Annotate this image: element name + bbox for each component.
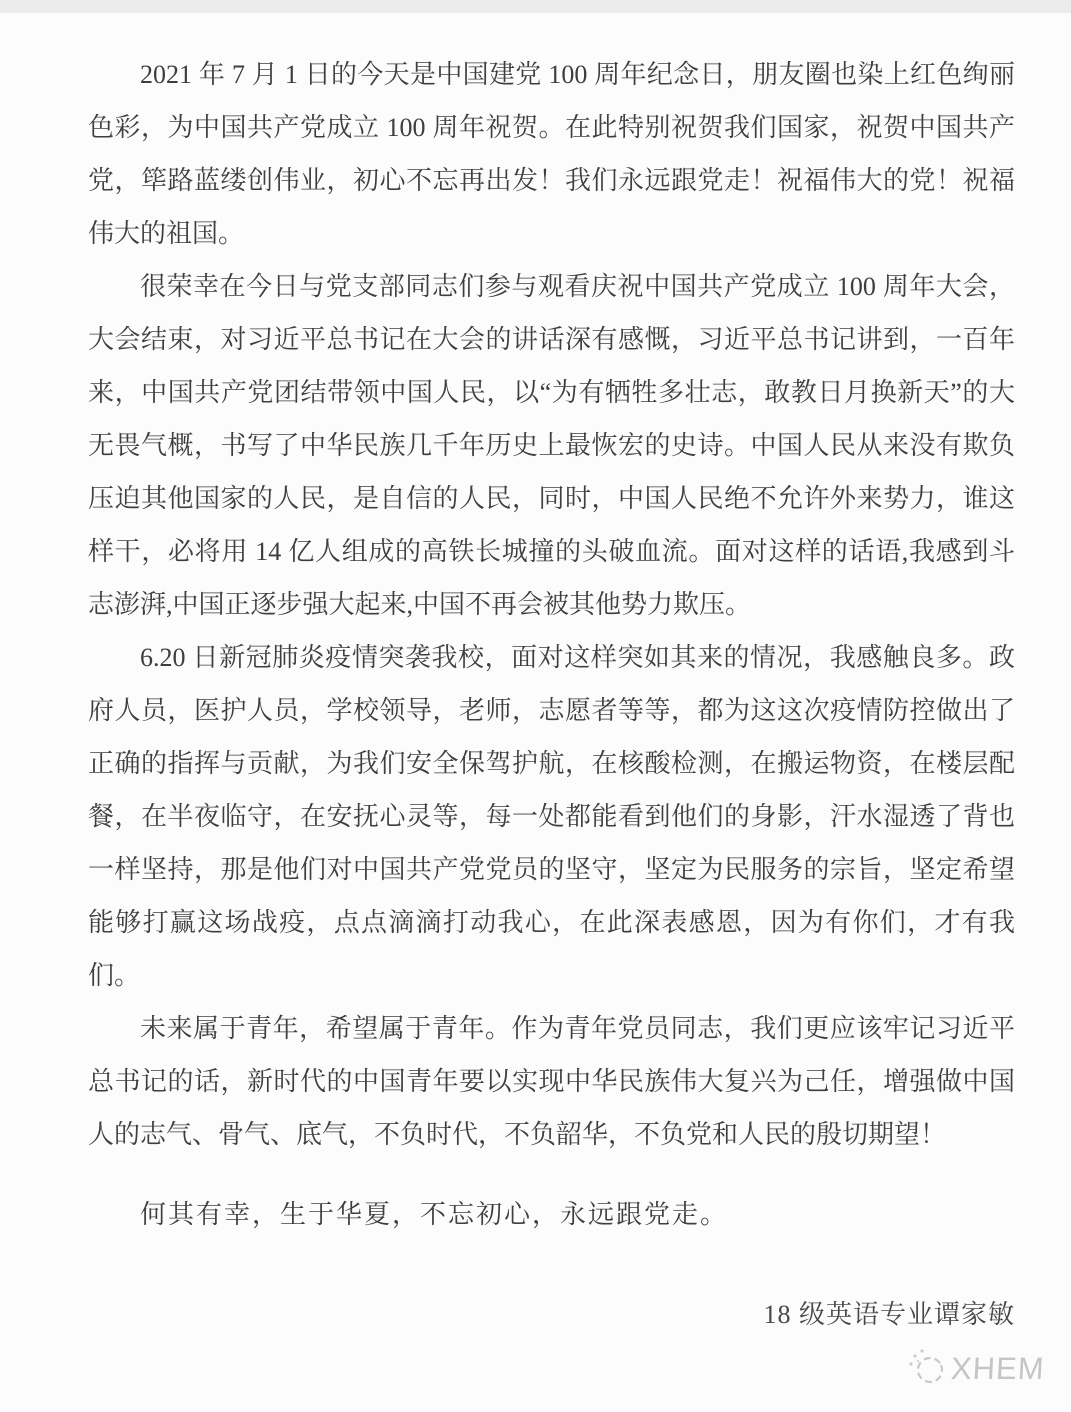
paragraph-pandemic: 6.20 日新冠肺炎疫情突袭我校，面对这样突如其来的情况，我感触良多。政府人员，…	[88, 631, 1015, 1002]
watermark-text: XHEM	[950, 1351, 1045, 1387]
page-top-strip	[0, 0, 1071, 13]
paragraph-ceremony-speech: 很荣幸在今日与党支部同志们参与观看庆祝中国共产党成立 100 周年大会，大会结束…	[88, 260, 1015, 631]
document-page: 2021 年 7 月 1 日的今天是中国建党 100 周年纪念日，朋友圈也染上红…	[0, 0, 1071, 1412]
signature-line: 18 级英语专业谭家敏	[88, 1295, 1015, 1335]
watermark-logo-icon	[906, 1345, 948, 1392]
document-body: 2021 年 7 月 1 日的今天是中国建党 100 周年纪念日，朋友圈也染上红…	[0, 13, 1071, 1335]
xhem-watermark: XHEM	[906, 1345, 1045, 1392]
paragraph-anniversary: 2021 年 7 月 1 日的今天是中国建党 100 周年纪念日，朋友圈也染上红…	[88, 48, 1015, 260]
closing-line: 何其有幸，生于华夏，不忘初心，永远跟党走。	[88, 1188, 1015, 1241]
paragraph-youth: 未来属于青年，希望属于青年。作为青年党员同志，我们更应该牢记习近平总书记的话，新…	[88, 1002, 1015, 1161]
